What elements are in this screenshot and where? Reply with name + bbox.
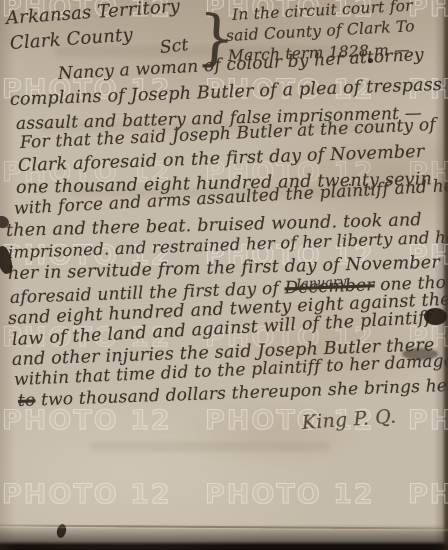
photo12-watermark: PHOTO 12 xyxy=(2,481,172,508)
photo12-watermark: PHOTO 12 xyxy=(205,481,375,508)
manuscript-photo: PHOTO 12 PHOTO 12 PHOTO 12 PHOTO 12 PHOT… xyxy=(0,0,448,550)
ink-blot xyxy=(368,58,373,63)
ink-smear xyxy=(402,348,438,360)
struck-word: to xyxy=(18,390,36,411)
fold-crease xyxy=(0,524,448,529)
scilicet-abbreviation: Sct xyxy=(159,35,190,58)
photo12-watermark: PHOTO 12 xyxy=(408,481,448,508)
bleedthrough-streak xyxy=(90,442,330,451)
photo12-watermark: PHOTO 12 xyxy=(2,407,172,434)
photo12-watermark: PHOTO 12 xyxy=(408,407,448,434)
attorney-signature: King P. Q. xyxy=(301,405,397,434)
ink-blot xyxy=(424,308,447,325)
venue-line-1: Arkansas Territory xyxy=(5,0,180,29)
